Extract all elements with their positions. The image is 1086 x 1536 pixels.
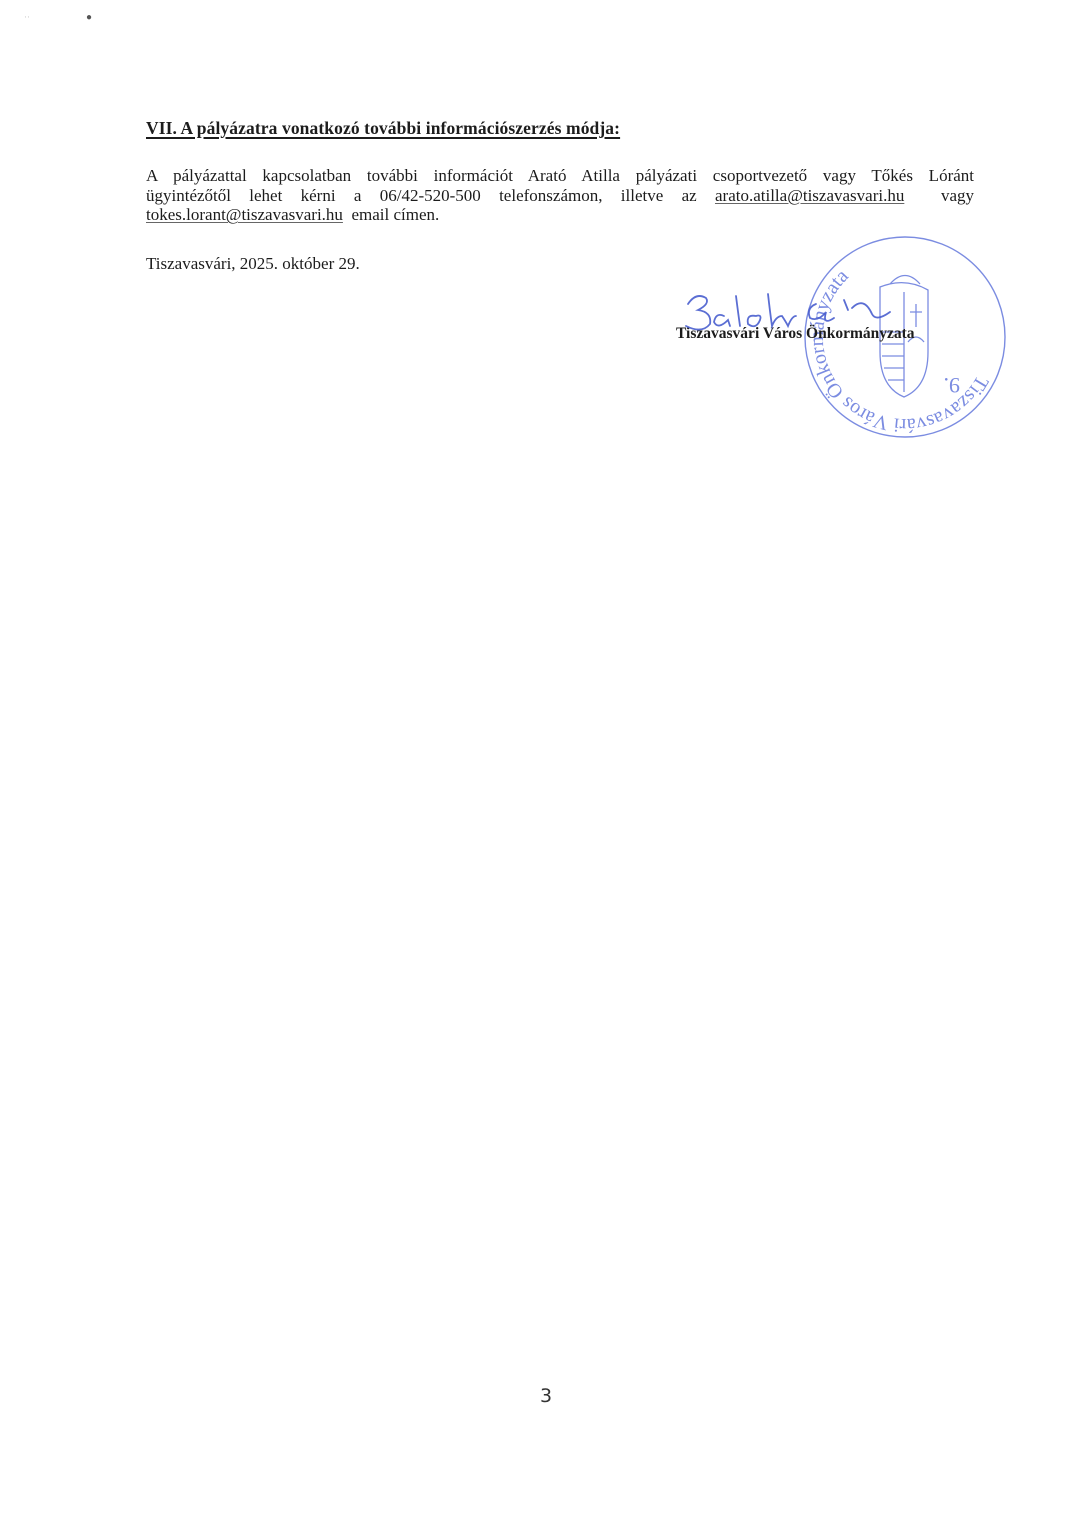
handwritten-signature — [676, 282, 916, 342]
email-link-tokes[interactable]: tokes.lorant@tiszavasvari.hu — [146, 205, 343, 224]
paragraph-line-3: tokes.lorant@tiszavasvari.hu email címen… — [146, 205, 974, 225]
stamp-number: 9. — [944, 373, 961, 398]
section-heading: VII. A pályázatra vonatkozó további info… — [146, 118, 620, 139]
place-date: Tiszavasvári, 2025. október 29. — [146, 254, 360, 274]
scan-artifact: ● — [86, 12, 92, 23]
paragraph-text: email címen. — [351, 205, 439, 224]
paragraph-line-1: A pályázattal kapcsolatban további infor… — [146, 166, 974, 186]
page-number: 3 — [540, 1385, 552, 1407]
email-link-arato[interactable]: arato.atilla@tiszavasvari.hu — [715, 186, 904, 205]
scan-artifact: ·· — [24, 12, 30, 22]
contact-paragraph: A pályázattal kapcsolatban további infor… — [146, 166, 974, 225]
paragraph-text: ügyintézőtől lehet kérni a 06/42-520-500… — [146, 186, 697, 205]
paragraph-line-2: ügyintézőtől lehet kérni a 06/42-520-500… — [146, 186, 974, 206]
paragraph-text: vagy — [941, 186, 974, 205]
